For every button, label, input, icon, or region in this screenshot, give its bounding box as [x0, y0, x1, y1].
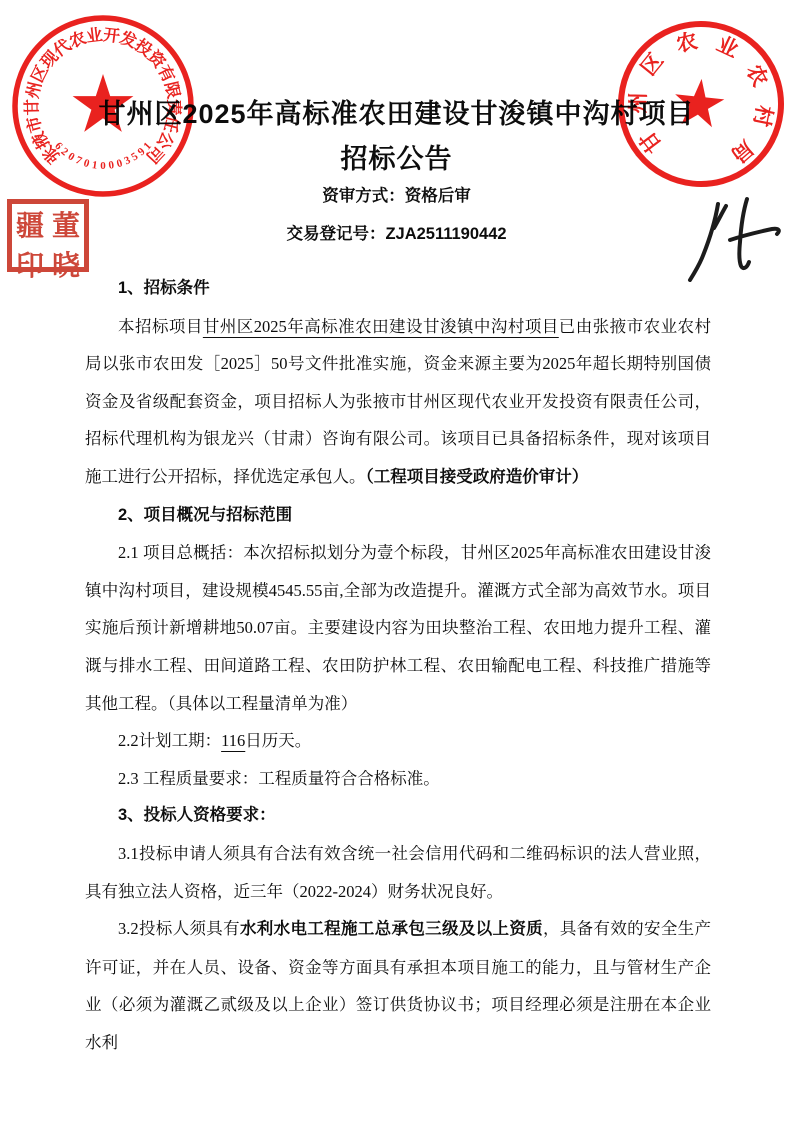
- seal-ring-char: 农: [742, 61, 773, 91]
- section-heading: 1、招标条件: [85, 270, 711, 308]
- seal-ring-char: 业: [85, 25, 104, 46]
- text-segment: 本招标项目: [118, 317, 203, 336]
- seal-ring-char: 开: [102, 25, 121, 46]
- text-segment: 甘州区2025年高标准农田建设甘浚镇中沟村项目: [203, 317, 559, 336]
- text-segment: 2、项目概况与招标范围: [118, 506, 292, 524]
- text-segment: 3、投标人资格要求：: [118, 806, 276, 824]
- paragraph: 2.3 工程质量要求：工程质量符合合格标准。: [85, 760, 711, 798]
- text-segment: （工程项目接受政府造价审计）: [366, 468, 589, 486]
- seal-ring-char: 农: [66, 27, 89, 52]
- text-segment: 3.2投标人须具有: [118, 919, 240, 938]
- seal-ring-char: 资: [144, 46, 170, 72]
- seal-ring-char: 区: [636, 49, 668, 80]
- paragraph: 本招标项目甘州区2025年高标准农田建设甘浚镇中沟村项目已由张掖市农业农村局以张…: [85, 308, 711, 497]
- text-segment: 2.1 项目总概括：本次招标拟划分为壹个标段，甘州区2025年高标准农田建设甘浚…: [85, 543, 711, 712]
- text-segment: 已由张掖市农业农村局以张市农田发［2025］50号文件批准实施，资金来源主要为2…: [85, 317, 711, 486]
- paragraph: 2.2计划工期：116日历天。: [85, 722, 711, 760]
- text-segment: 116: [221, 731, 245, 750]
- seal-ring-char: 农: [674, 29, 700, 57]
- personal-name-seal: 疆董印晓: [7, 199, 89, 272]
- name-seal-char: 疆: [12, 204, 48, 244]
- text-segment: ，具备有效的安全生产许可证，并在人员、设备、资金等方面具有承担本项目施工的能力，…: [85, 919, 711, 1052]
- document-body: 1、招标条件本招标项目甘州区2025年高标准农田建设甘浚镇中沟村项目已由张掖市农…: [85, 270, 711, 1061]
- page-title: 甘州区2025年高标准农田建设甘浚镇中沟村项目 招标公告: [0, 92, 793, 182]
- text-segment: 3.1投标申请人须具有合法有效含统一社会信用代码和二维码标识的法人营业照，具有独…: [85, 844, 711, 901]
- review-method: 资审方式：资格后审: [0, 186, 793, 206]
- name-seal-char: 印: [12, 244, 48, 284]
- seal-ring-char: 业: [713, 32, 742, 63]
- paragraph: 3.1投标申请人须具有合法有效含统一社会信用代码和二维码标识的法人营业照，具有独…: [85, 835, 711, 910]
- text-segment: 1、招标条件: [118, 279, 210, 297]
- seal-ring-char: 有: [154, 62, 180, 86]
- title-line-1: 甘州区2025年高标准农田建设甘浚镇中沟村项目: [0, 92, 793, 137]
- paragraph: 2.1 项目总概括：本次招标拟划分为壹个标段，甘州区2025年高标准农田建设甘浚…: [85, 534, 711, 722]
- text-segment: 2.3 工程质量要求：工程质量符合合格标准。: [118, 769, 440, 788]
- name-seal-char: 晓: [48, 244, 84, 284]
- text-segment: 2.2计划工期：: [118, 731, 221, 750]
- bid-announcement-page: 甘州区2025年高标准农田建设甘浚镇中沟村项目 招标公告 资审方式：资格后审 交…: [0, 0, 793, 1122]
- section-heading: 3、投标人资格要求：: [85, 797, 711, 835]
- name-seal-char: 董: [48, 204, 84, 244]
- seal-ring-char: 现: [36, 47, 62, 73]
- seal-ring-char: 发: [116, 27, 140, 52]
- seal-ring-char: 代: [49, 34, 74, 60]
- section-heading: 2、项目概况与招标范围: [85, 497, 711, 535]
- seal-ring-char: 区: [28, 62, 53, 86]
- text-segment: 水利水电工程施工总承包三级及以上资质: [240, 920, 543, 938]
- paragraph: 3.2投标人须具有水利水电工程施工总承包三级及以上资质，具备有效的安全生产许可证…: [85, 910, 711, 1061]
- text-segment: 日历天。: [245, 731, 311, 750]
- registration-number: 交易登记号：ZJA2511190442: [0, 224, 793, 244]
- title-line-2: 招标公告: [0, 137, 793, 182]
- seal-ring-char: 投: [132, 35, 157, 60]
